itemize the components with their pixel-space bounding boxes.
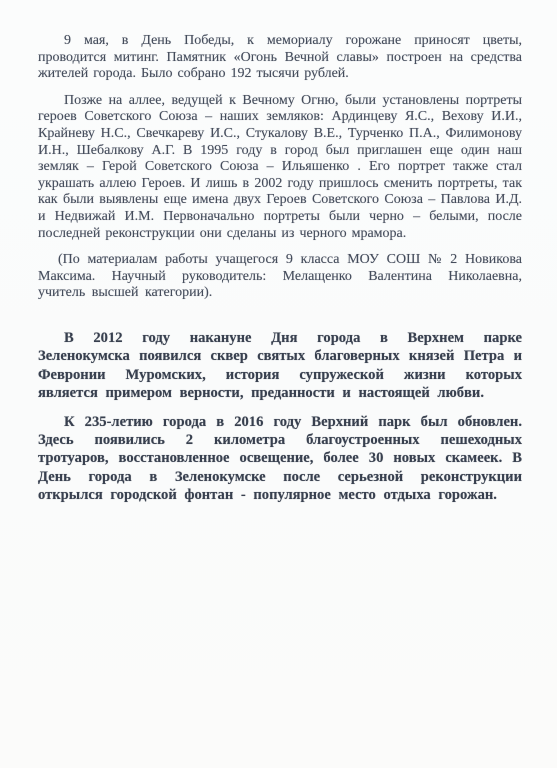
paragraph-alley-of-heroes: Позже на аллее, ведущей к Вечному Огню, …	[38, 93, 522, 242]
paragraph-2012-park: В 2012 году накануне Дня города в Верхне…	[38, 329, 522, 403]
document-text-block: 9 мая, в День Победы, к мемориалу горожа…	[38, 33, 522, 515]
paragraph-2016-renovation: К 235-летию города в 2016 году Верхний п…	[38, 413, 522, 505]
document-page: 9 мая, в День Победы, к мемориалу горожа…	[0, 0, 557, 768]
paragraph-victory-day: 9 мая, в День Победы, к мемориалу горожа…	[38, 33, 522, 83]
paragraph-credits: (По материалам работы учащегося 9 класса…	[38, 252, 522, 302]
